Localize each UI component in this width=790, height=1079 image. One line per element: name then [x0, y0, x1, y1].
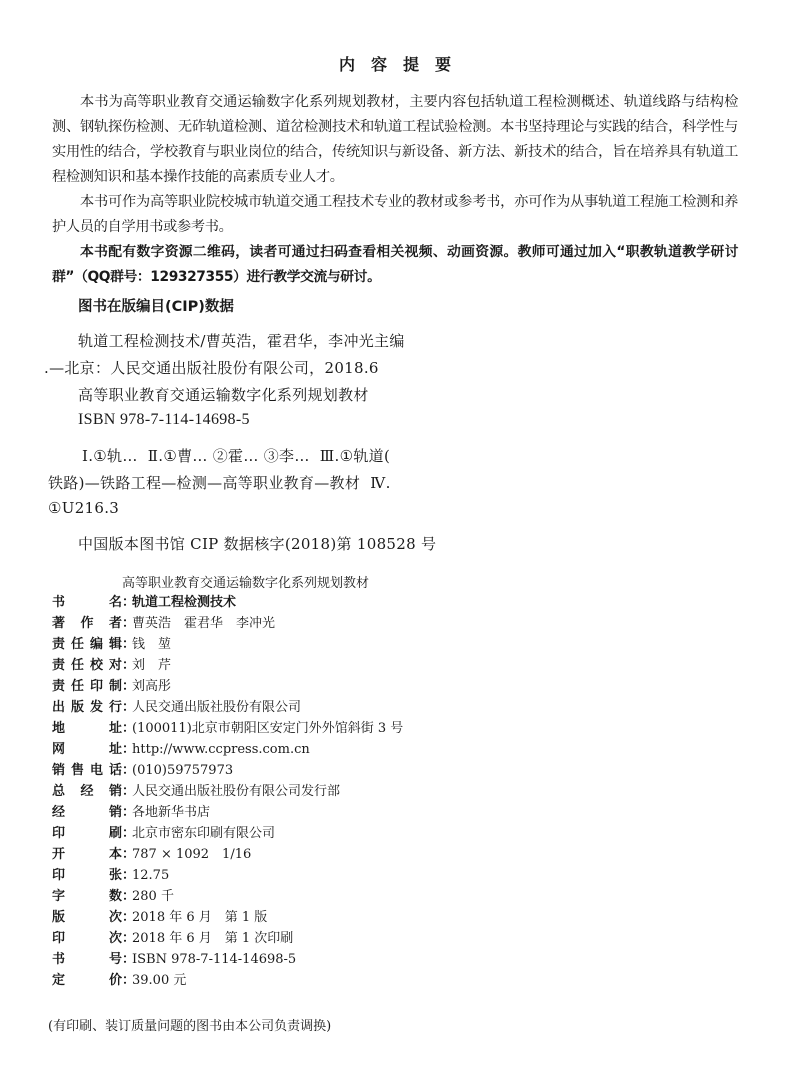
colophon-row: 开 本：787 × 1092 1/16 — [52, 845, 251, 865]
cip-heading: 图书在版编目(CIP)数据 — [78, 295, 234, 316]
colophon-row: 书 号：ISBN 978-7-114-14698-5 — [52, 950, 296, 970]
colophon-footnote: (有印刷、装订质量问题的图书由本公司负责调换) — [48, 1015, 331, 1034]
colophon-colon: ： — [122, 887, 132, 907]
colophon-row: 字 数：280 千 — [52, 887, 174, 907]
colophon-value: (100011)北京市朝阳区安定门外外馆斜街 3 号 — [132, 719, 403, 739]
colophon-colon: ： — [122, 635, 132, 655]
colophon-label: 总 经 销 — [52, 782, 122, 802]
colophon-row: 网 址：http://www.ccpress.com.cn — [52, 740, 310, 760]
colophon-row: 销 售 电 话：(010)59757973 — [52, 761, 233, 781]
colophon-label: 印 刷 — [52, 824, 122, 844]
colophon-row: 定 价：39.00 元 — [52, 971, 186, 991]
colophon-value: 各地新华书店 — [132, 803, 210, 823]
colophon-label: 网 址 — [52, 740, 122, 760]
colophon-label: 开 本 — [52, 845, 122, 865]
cip-line-data-number: 中国版本图书馆 CIP 数据核字(2018)第 108528 号 — [78, 533, 436, 554]
colophon-colon: ： — [122, 908, 132, 928]
colophon-row: 书 名：轨道工程检测技术 — [52, 593, 236, 613]
colophon-row: 印 刷：北京市密东印刷有限公司 — [52, 824, 275, 844]
colophon-value: 钱 堃 — [132, 635, 171, 655]
summary-paragraph-1: 本书为高等职业教育交通运输数字化系列规划教材，主要内容包括轨道工程检测概述、轨道… — [52, 90, 738, 190]
colophon-row: 版 次：2018 年 6 月 第 1 版 — [52, 908, 267, 928]
colophon-row: 印 次：2018 年 6 月 第 1 次印刷 — [52, 929, 293, 949]
colophon-colon: ： — [122, 677, 132, 697]
cip-line-publisher: .—北京：人民交通出版社股份有限公司，2018.6 — [44, 357, 379, 378]
colophon-label: 版 次 — [52, 908, 122, 928]
summary-digital-resources-note: 本书配有数字资源二维码，读者可通过扫码查看相关视频、动画资源。教师可通过加入“职… — [52, 240, 738, 290]
colophon-colon: ： — [122, 971, 132, 991]
colophon-colon: ： — [122, 719, 132, 739]
colophon-colon: ： — [122, 824, 132, 844]
colophon-colon: ： — [122, 845, 132, 865]
colophon-series: 高等职业教育交通运输数字化系列规划教材 — [122, 572, 369, 591]
colophon-value: 人民交通出版社股份有限公司发行部 — [132, 782, 340, 802]
colophon-colon: ： — [122, 866, 132, 886]
colophon-value: 787 × 1092 1/16 — [132, 845, 251, 865]
colophon-value: 2018 年 6 月 第 1 版 — [132, 908, 267, 928]
page-title: 内容提要 — [0, 52, 790, 75]
colophon-row: 出 版 发 行：人民交通出版社股份有限公司 — [52, 698, 301, 718]
colophon-value: 人民交通出版社股份有限公司 — [132, 698, 301, 718]
colophon-label: 定 价 — [52, 971, 122, 991]
colophon-label: 责 任 印 制 — [52, 677, 122, 697]
colophon-value: 280 千 — [132, 887, 174, 907]
colophon-value: ISBN 978-7-114-14698-5 — [132, 950, 296, 970]
colophon-value: 刘高彤 — [132, 677, 171, 697]
colophon-value: (010)59757973 — [132, 761, 233, 781]
colophon-colon: ： — [122, 593, 132, 613]
colophon-label: 书 名 — [52, 593, 122, 613]
colophon-value: 39.00 元 — [132, 971, 186, 991]
cip-line-classification-2: 铁路)—铁路工程—检测—高等职业教育—教材 Ⅳ. — [48, 472, 391, 493]
colophon-label: 书 号 — [52, 950, 122, 970]
colophon-colon: ： — [122, 950, 132, 970]
colophon-value: 曹英浩 霍君华 李冲光 — [132, 614, 275, 634]
colophon-value: 轨道工程检测技术 — [132, 593, 236, 613]
colophon-row: 责 任 编 辑：钱 堃 — [52, 635, 171, 655]
colophon-row: 著 作 者：曹英浩 霍君华 李冲光 — [52, 614, 275, 634]
colophon-row: 经 销：各地新华书店 — [52, 803, 210, 823]
cip-line-classification-1: Ⅰ.①轨… Ⅱ.①曹… ②霍… ③李… Ⅲ.①轨道( — [82, 445, 390, 466]
colophon-row: 印 张：12.75 — [52, 866, 169, 886]
cip-line-classification-3: ①U216.3 — [48, 499, 119, 517]
colophon-colon: ： — [122, 656, 132, 676]
colophon-row: 责 任 印 制：刘高彤 — [52, 677, 171, 697]
colophon-value: 2018 年 6 月 第 1 次印刷 — [132, 929, 293, 949]
cip-line-isbn: ISBN 978-7-114-14698-5 — [78, 411, 250, 429]
colophon-label: 著 作 者 — [52, 614, 122, 634]
colophon-value: 刘 芹 — [132, 656, 171, 676]
summary-paragraph-2: 本书可作为高等职业院校城市轨道交通工程技术专业的教材或参考书，亦可作为从事轨道工… — [52, 190, 738, 240]
colophon-colon: ： — [122, 698, 132, 718]
colophon-row: 地 址：(100011)北京市朝阳区安定门外外馆斜街 3 号 — [52, 719, 403, 739]
colophon-label: 责 任 校 对 — [52, 656, 122, 676]
colophon-label: 经 销 — [52, 803, 122, 823]
colophon-colon: ： — [122, 614, 132, 634]
cip-line-series: 高等职业教育交通运输数字化系列规划教材 — [78, 384, 369, 405]
colophon-row: 总 经 销：人民交通出版社股份有限公司发行部 — [52, 782, 340, 802]
colophon-label: 印 次 — [52, 929, 122, 949]
colophon-colon: ： — [122, 803, 132, 823]
colophon-value: 北京市密东印刷有限公司 — [132, 824, 275, 844]
colophon-colon: ： — [122, 740, 132, 760]
colophon-value: 12.75 — [132, 866, 169, 886]
colophon-colon: ： — [122, 929, 132, 949]
colophon-colon: ： — [122, 761, 132, 781]
colophon-label: 地 址 — [52, 719, 122, 739]
colophon-label: 销 售 电 话 — [52, 761, 122, 781]
colophon-value: http://www.ccpress.com.cn — [132, 740, 310, 760]
colophon-label: 字 数 — [52, 887, 122, 907]
colophon-colon: ： — [122, 782, 132, 802]
colophon-label: 印 张 — [52, 866, 122, 886]
colophon-label: 出 版 发 行 — [52, 698, 122, 718]
cip-line-title-authors: 轨道工程检测技术/曹英浩，霍君华，李冲光主编 — [78, 330, 405, 351]
colophon-label: 责 任 编 辑 — [52, 635, 122, 655]
colophon-row: 责 任 校 对：刘 芹 — [52, 656, 171, 676]
